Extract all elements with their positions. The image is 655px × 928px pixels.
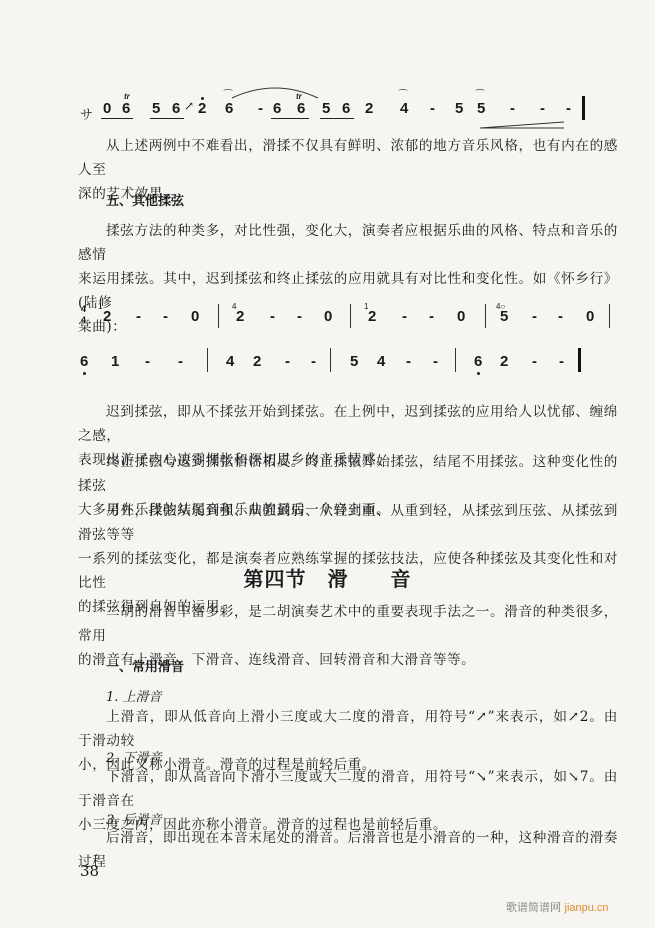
note: 2 bbox=[368, 308, 376, 325]
note: - bbox=[566, 100, 571, 117]
subsection-heading: 1. 上滑音 bbox=[106, 686, 162, 705]
low-dot bbox=[477, 372, 480, 375]
note: 5 bbox=[350, 353, 358, 370]
barline bbox=[350, 304, 351, 328]
note: 5 bbox=[322, 100, 330, 117]
barline bbox=[485, 304, 486, 328]
note: - bbox=[297, 308, 302, 325]
note: - bbox=[429, 308, 434, 325]
note: 6 bbox=[172, 100, 180, 117]
final-barline bbox=[578, 348, 581, 372]
text-line: 后滑音，即出现在本音末尾处的滑音。后滑音也是小滑音的一种，这种滑音的滑奏过程 bbox=[78, 830, 618, 870]
note: 0 bbox=[191, 308, 199, 325]
text-line: 迟到揉弦，即从不揉弦开始到揉弦。在上例中，迟到揉弦的应用给人以忧郁、缠绵之感， bbox=[78, 404, 618, 444]
section-heading: 五、其他揉弦 bbox=[106, 190, 184, 209]
watermark-cn: 歌谱简谱网 bbox=[506, 901, 561, 914]
note: - bbox=[258, 100, 263, 117]
note: - bbox=[540, 100, 545, 117]
barline bbox=[609, 304, 610, 328]
underline bbox=[271, 118, 309, 119]
barline bbox=[330, 348, 331, 372]
note: 5 bbox=[152, 100, 160, 117]
subsection-heading: 2. 下滑音 bbox=[106, 747, 162, 766]
paragraph: 另外，揉弦从弱到强、从强到弱、从轻到重、从重到轻，从揉弦到压弦、从揉弦到滑弦等等… bbox=[78, 481, 618, 619]
note: - bbox=[532, 353, 537, 370]
note: 2 bbox=[236, 308, 244, 325]
note: - bbox=[510, 100, 515, 117]
note: 6 bbox=[342, 100, 350, 117]
note: 2 bbox=[103, 308, 111, 325]
note: 5 bbox=[500, 308, 508, 325]
watermark: 歌谱简谱网 jianpu.cn bbox=[506, 899, 609, 915]
final-barline bbox=[582, 96, 585, 120]
text-line: 另外，揉弦从弱到强、从强到弱、从轻到重、从重到轻，从揉弦到压弦、从揉弦到滑弦等等 bbox=[78, 503, 618, 543]
trill-mark: tr bbox=[124, 92, 130, 101]
note: 2 bbox=[365, 100, 373, 117]
high-dot bbox=[201, 97, 204, 100]
barline bbox=[218, 304, 219, 328]
note: 0 bbox=[586, 308, 594, 325]
text-line: 上滑音，即从低音向上滑小三度或大二度的滑音，用符号“↗”来表示，如↗2。由于滑动… bbox=[78, 709, 618, 749]
note: - bbox=[145, 353, 150, 370]
text-line: 来运用揉弦。其中，迟到揉弦和终止揉弦的应用就具有对比性和变化性。如《怀乡行》(陆… bbox=[78, 267, 618, 315]
paragraph: 后滑音，即出现在本音末尾处的滑音。后滑音也是小滑音的一种，这种滑音的滑奏过程 bbox=[78, 826, 618, 874]
note: - bbox=[402, 308, 407, 325]
text-line: 揉弦方法的种类多，对比性强，变化大，演奏者应根据乐曲的风格、特点和音乐的感情 bbox=[78, 223, 618, 263]
underline bbox=[150, 118, 184, 119]
note: 4 bbox=[226, 353, 234, 370]
note: - bbox=[558, 308, 563, 325]
watermark-en: jianpu.cn bbox=[565, 902, 609, 914]
note: - bbox=[532, 308, 537, 325]
note: 5 bbox=[477, 100, 485, 117]
text-line: 下滑音，即从高音向下滑小三度或大二度的滑音，用符号“↘”来表示，如↘7。由于滑音… bbox=[78, 769, 618, 809]
underline bbox=[101, 118, 133, 119]
time-sig-bottom: 4 bbox=[81, 315, 86, 325]
note: 1 bbox=[111, 353, 119, 370]
time-sig-top: 4 bbox=[81, 304, 86, 314]
finger-mark: 1 bbox=[98, 302, 102, 311]
note: - bbox=[270, 308, 275, 325]
note: 4 bbox=[377, 353, 385, 370]
note: 2 bbox=[198, 100, 206, 117]
note: 5 bbox=[455, 100, 463, 117]
note: 6 bbox=[122, 100, 130, 117]
underline bbox=[320, 118, 354, 119]
diminuendo-icon bbox=[478, 120, 568, 130]
note: - bbox=[178, 353, 183, 370]
note: 2 bbox=[253, 353, 261, 370]
note: 0 bbox=[457, 308, 465, 325]
fermata-icon: ⌒ bbox=[475, 86, 485, 101]
section-heading: 一、常用滑音 bbox=[106, 656, 184, 675]
paragraph: 揉弦方法的种类多，对比性强，变化大，演奏者应根据乐曲的风格、特点和音乐的感情 来… bbox=[78, 219, 618, 339]
note: - bbox=[136, 308, 141, 325]
note: 6 bbox=[80, 353, 88, 370]
note: 6 bbox=[273, 100, 281, 117]
score-prefix: サ bbox=[80, 104, 93, 123]
trill-mark: tr bbox=[296, 92, 302, 101]
note: - bbox=[163, 308, 168, 325]
note: - bbox=[559, 353, 564, 370]
chapter-title: 第四节 滑 音 bbox=[0, 563, 655, 592]
note: - bbox=[406, 353, 411, 370]
note: 2 bbox=[500, 353, 508, 370]
text-line: 二胡的滑音丰富多彩，是二胡演奏艺术中的重要表现手法之一。滑音的种类很多，常用 bbox=[78, 604, 618, 644]
note: - bbox=[311, 353, 316, 370]
barline bbox=[455, 348, 456, 372]
note: 0 bbox=[324, 308, 332, 325]
fermata-icon: ⌒ bbox=[398, 86, 408, 101]
note: - bbox=[285, 353, 290, 370]
page-number: 38 bbox=[80, 862, 99, 880]
note: - bbox=[430, 100, 435, 117]
note: 4 bbox=[400, 100, 408, 117]
note: 6 bbox=[297, 100, 305, 117]
note: 0 bbox=[103, 100, 111, 117]
note: 6 bbox=[474, 353, 482, 370]
text-line: 从上述两例中不难看出，滑揉不仅具有鲜明、浓郁的地方音乐风格，也有内在的感人至 bbox=[78, 138, 618, 178]
text-line: 棠曲)： bbox=[78, 315, 618, 339]
slide-up-icon: ↗ bbox=[184, 99, 194, 113]
barline bbox=[207, 348, 208, 372]
low-dot bbox=[83, 372, 86, 375]
note: - bbox=[433, 353, 438, 370]
